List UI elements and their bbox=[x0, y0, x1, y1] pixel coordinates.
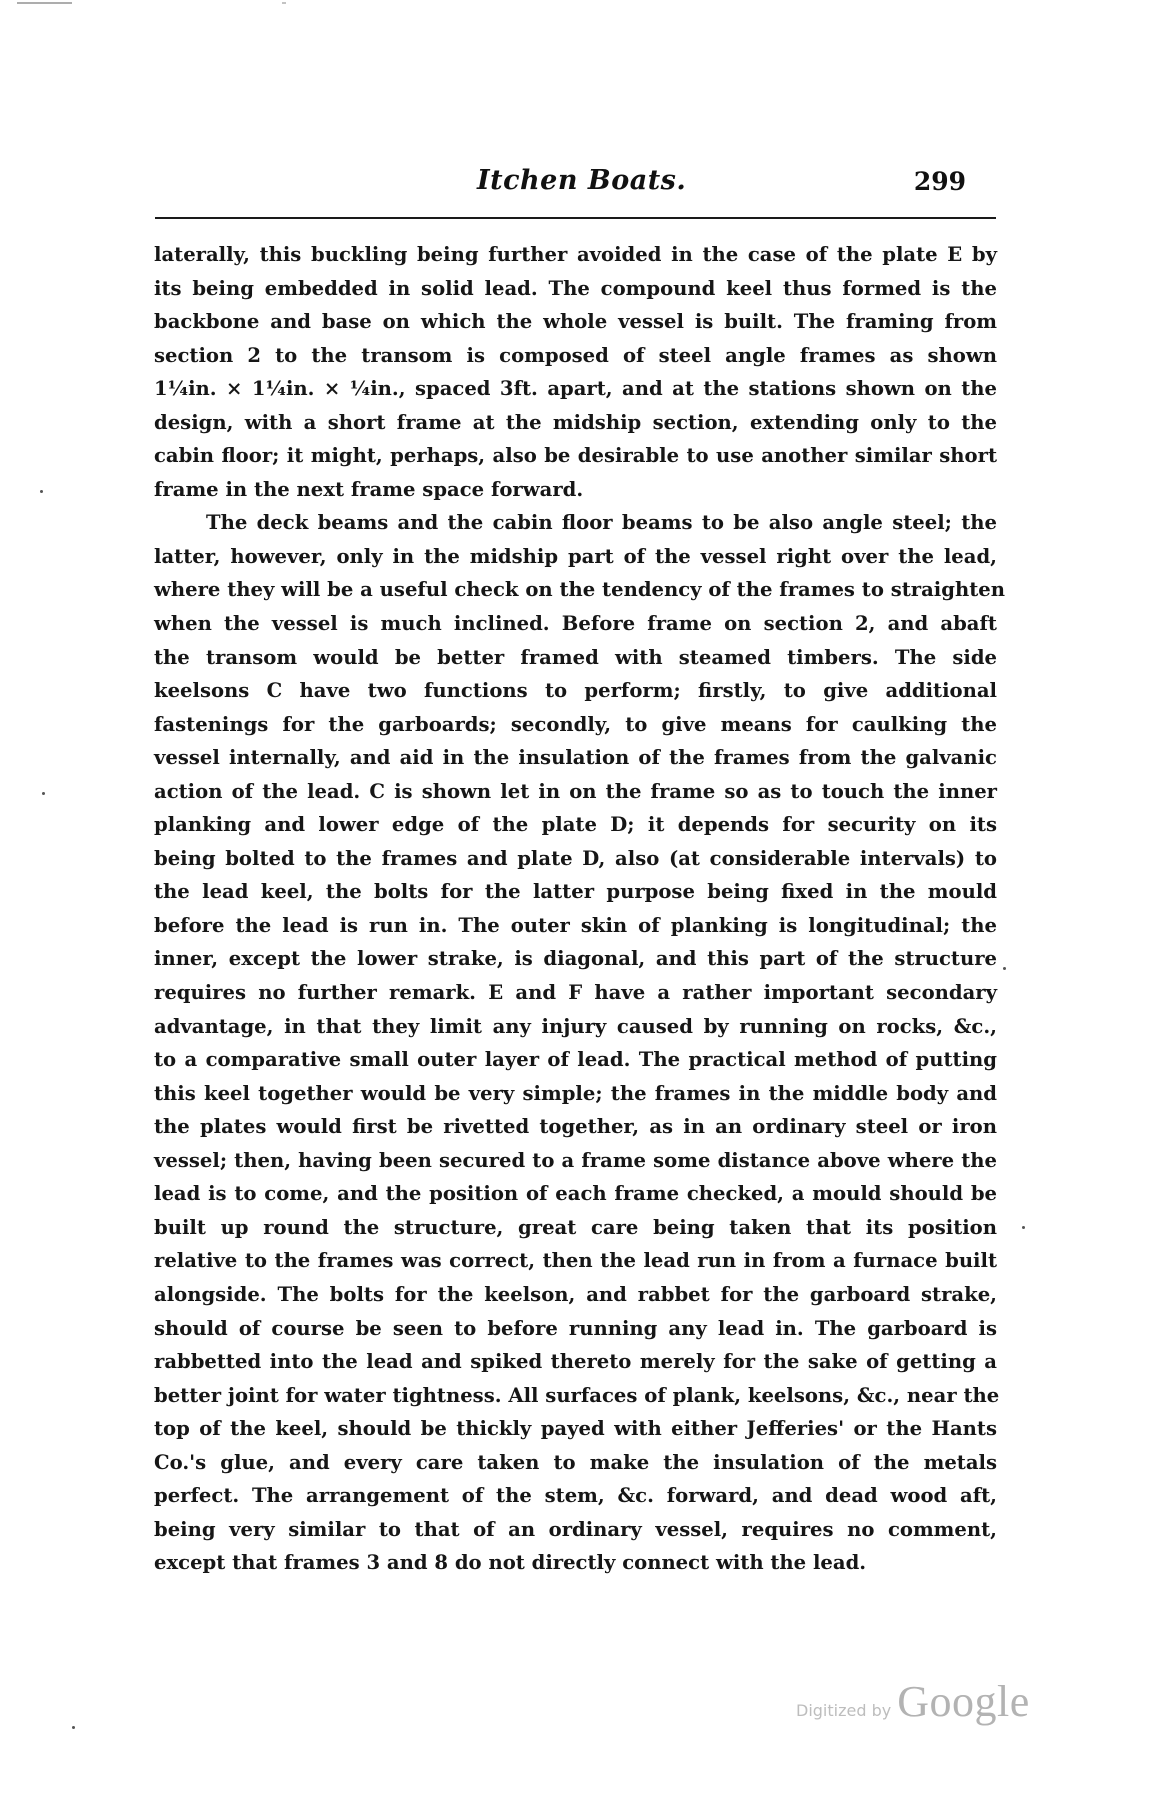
text-line: requires no further remark. E and F have… bbox=[154, 976, 997, 1010]
text-line: except that frames 3 and 8 do not direct… bbox=[154, 1546, 997, 1580]
text-line: the plates would first be rivetted toget… bbox=[154, 1110, 997, 1144]
text-line: built up round the structure, great care… bbox=[154, 1211, 997, 1245]
text-line: The deck beams and the cabin floor beams… bbox=[154, 506, 997, 540]
text-line: action of the lead. C is shown let in on… bbox=[154, 775, 997, 809]
scan-artifact bbox=[17, 2, 72, 4]
paragraph: laterally, this buckling being further a… bbox=[154, 238, 997, 506]
text-line: should of course be seen to before runni… bbox=[154, 1312, 997, 1346]
google-logo: Google bbox=[897, 1676, 1030, 1727]
text-line: its being embedded in solid lead. The co… bbox=[154, 272, 997, 306]
text-line: vessel; then, having been secured to a f… bbox=[154, 1144, 997, 1178]
scan-speck bbox=[1022, 1226, 1025, 1229]
scan-speck bbox=[1003, 967, 1006, 970]
text-line: rabbetted into the lead and spiked there… bbox=[154, 1345, 997, 1379]
text-line: frame in the next frame space forward. bbox=[154, 473, 997, 507]
scan-speck bbox=[72, 1726, 75, 1729]
text-line: the lead keel, the bolts for the latter … bbox=[154, 875, 997, 909]
text-line: perfect. The arrangement of the stem, &c… bbox=[154, 1479, 997, 1513]
scan-speck bbox=[40, 490, 43, 493]
text-line: relative to the frames was correct, then… bbox=[154, 1244, 997, 1278]
body-text: laterally, this buckling being further a… bbox=[154, 238, 997, 1580]
text-line: where they will be a useful check on the… bbox=[154, 573, 997, 607]
text-line: alongside. The bolts for the keelson, an… bbox=[154, 1278, 997, 1312]
text-line: when the vessel is much inclined. Before… bbox=[154, 607, 997, 641]
text-line: top of the keel, should be thickly payed… bbox=[154, 1412, 997, 1446]
text-line: cabin floor; it might, perhaps, also be … bbox=[154, 439, 997, 473]
text-line: planking and lower edge of the plate D; … bbox=[154, 808, 997, 842]
text-line: this keel together would be very simple;… bbox=[154, 1077, 997, 1111]
paragraph: The deck beams and the cabin floor beams… bbox=[154, 506, 997, 1580]
page-number: 299 bbox=[914, 167, 966, 196]
text-line: keelsons C have two functions to perform… bbox=[154, 674, 997, 708]
text-line: being very similar to that of an ordinar… bbox=[154, 1513, 997, 1547]
text-line: fastenings for the garboards; secondly, … bbox=[154, 708, 997, 742]
text-line: 1¼in. × 1¼in. × ¼in., spaced 3ft. apart,… bbox=[154, 372, 997, 406]
text-line: backbone and base on which the whole ves… bbox=[154, 305, 997, 339]
text-line: latter, however, only in the midship par… bbox=[154, 540, 997, 574]
text-line: the transom would be better framed with … bbox=[154, 641, 997, 675]
scan-speck bbox=[42, 792, 45, 795]
text-line: Co.'s glue, and every care taken to make… bbox=[154, 1446, 997, 1480]
text-line: advantage, in that they limit any injury… bbox=[154, 1010, 997, 1044]
text-line: section 2 to the transom is composed of … bbox=[154, 339, 997, 373]
header-rule bbox=[155, 217, 996, 219]
text-line: better joint for water tightness. All su… bbox=[154, 1379, 997, 1413]
text-line: laterally, this buckling being further a… bbox=[154, 238, 997, 272]
watermark-prefix: Digitized by bbox=[796, 1701, 891, 1720]
text-line: design, with a short frame at the midshi… bbox=[154, 406, 997, 440]
running-title: Itchen Boats. bbox=[477, 165, 686, 196]
text-line: to a comparative small outer layer of le… bbox=[154, 1043, 997, 1077]
text-line: inner, except the lower strake, is diago… bbox=[154, 942, 997, 976]
text-line: lead is to come, and the position of eac… bbox=[154, 1177, 997, 1211]
text-line: before the lead is run in. The outer ski… bbox=[154, 909, 997, 943]
page-header: Itchen Boats. 299 bbox=[154, 165, 996, 205]
scan-artifact bbox=[282, 2, 286, 4]
text-line: vessel internally, and aid in the insula… bbox=[154, 741, 997, 775]
text-line: being bolted to the frames and plate D, … bbox=[154, 842, 997, 876]
digitized-by-google-watermark: Digitized by Google bbox=[796, 1676, 1030, 1727]
